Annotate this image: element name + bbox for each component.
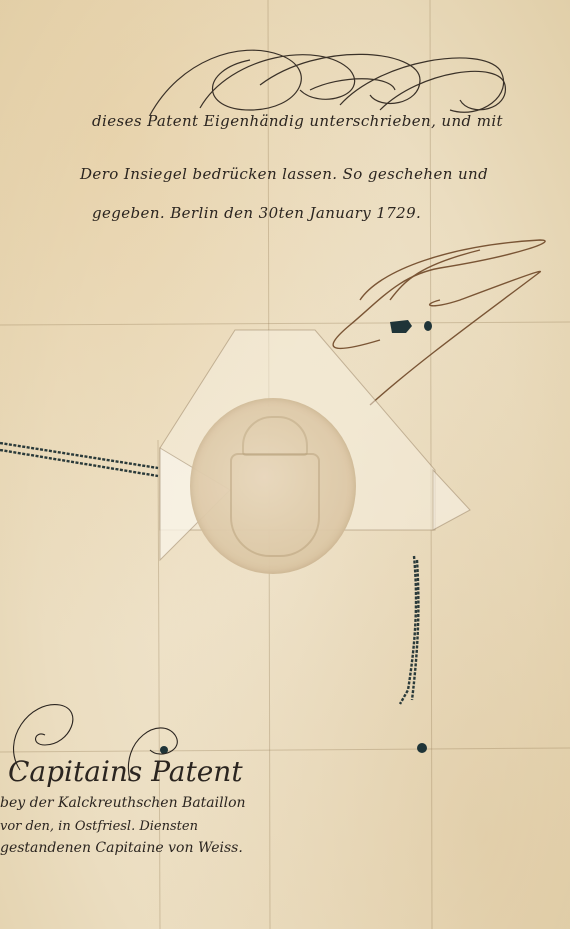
crown-icon <box>242 416 308 456</box>
body-line-3: gegeben. Berlin den 30ten January 1729. <box>92 204 421 222</box>
coat-of-arms-icon <box>230 453 320 557</box>
endorsement-title: Capitains Patent <box>8 755 243 788</box>
endorsement-line-2: vor den, in Ostfriesl. Diensten <box>0 819 198 834</box>
endorsement-line-1: bey der Kalckreuthschen Bataillon <box>0 795 246 811</box>
body-line-2: Dero Insiegel bedrücken lassen. So gesch… <box>80 165 488 183</box>
flourish-icon <box>150 50 505 115</box>
endorsement-line-3: gestandenen Capitaine von Weiss. <box>0 840 243 856</box>
embossed-seal <box>190 398 356 574</box>
body-line-1: dieses Patent Eigenhändig unterschrieben… <box>92 112 503 130</box>
